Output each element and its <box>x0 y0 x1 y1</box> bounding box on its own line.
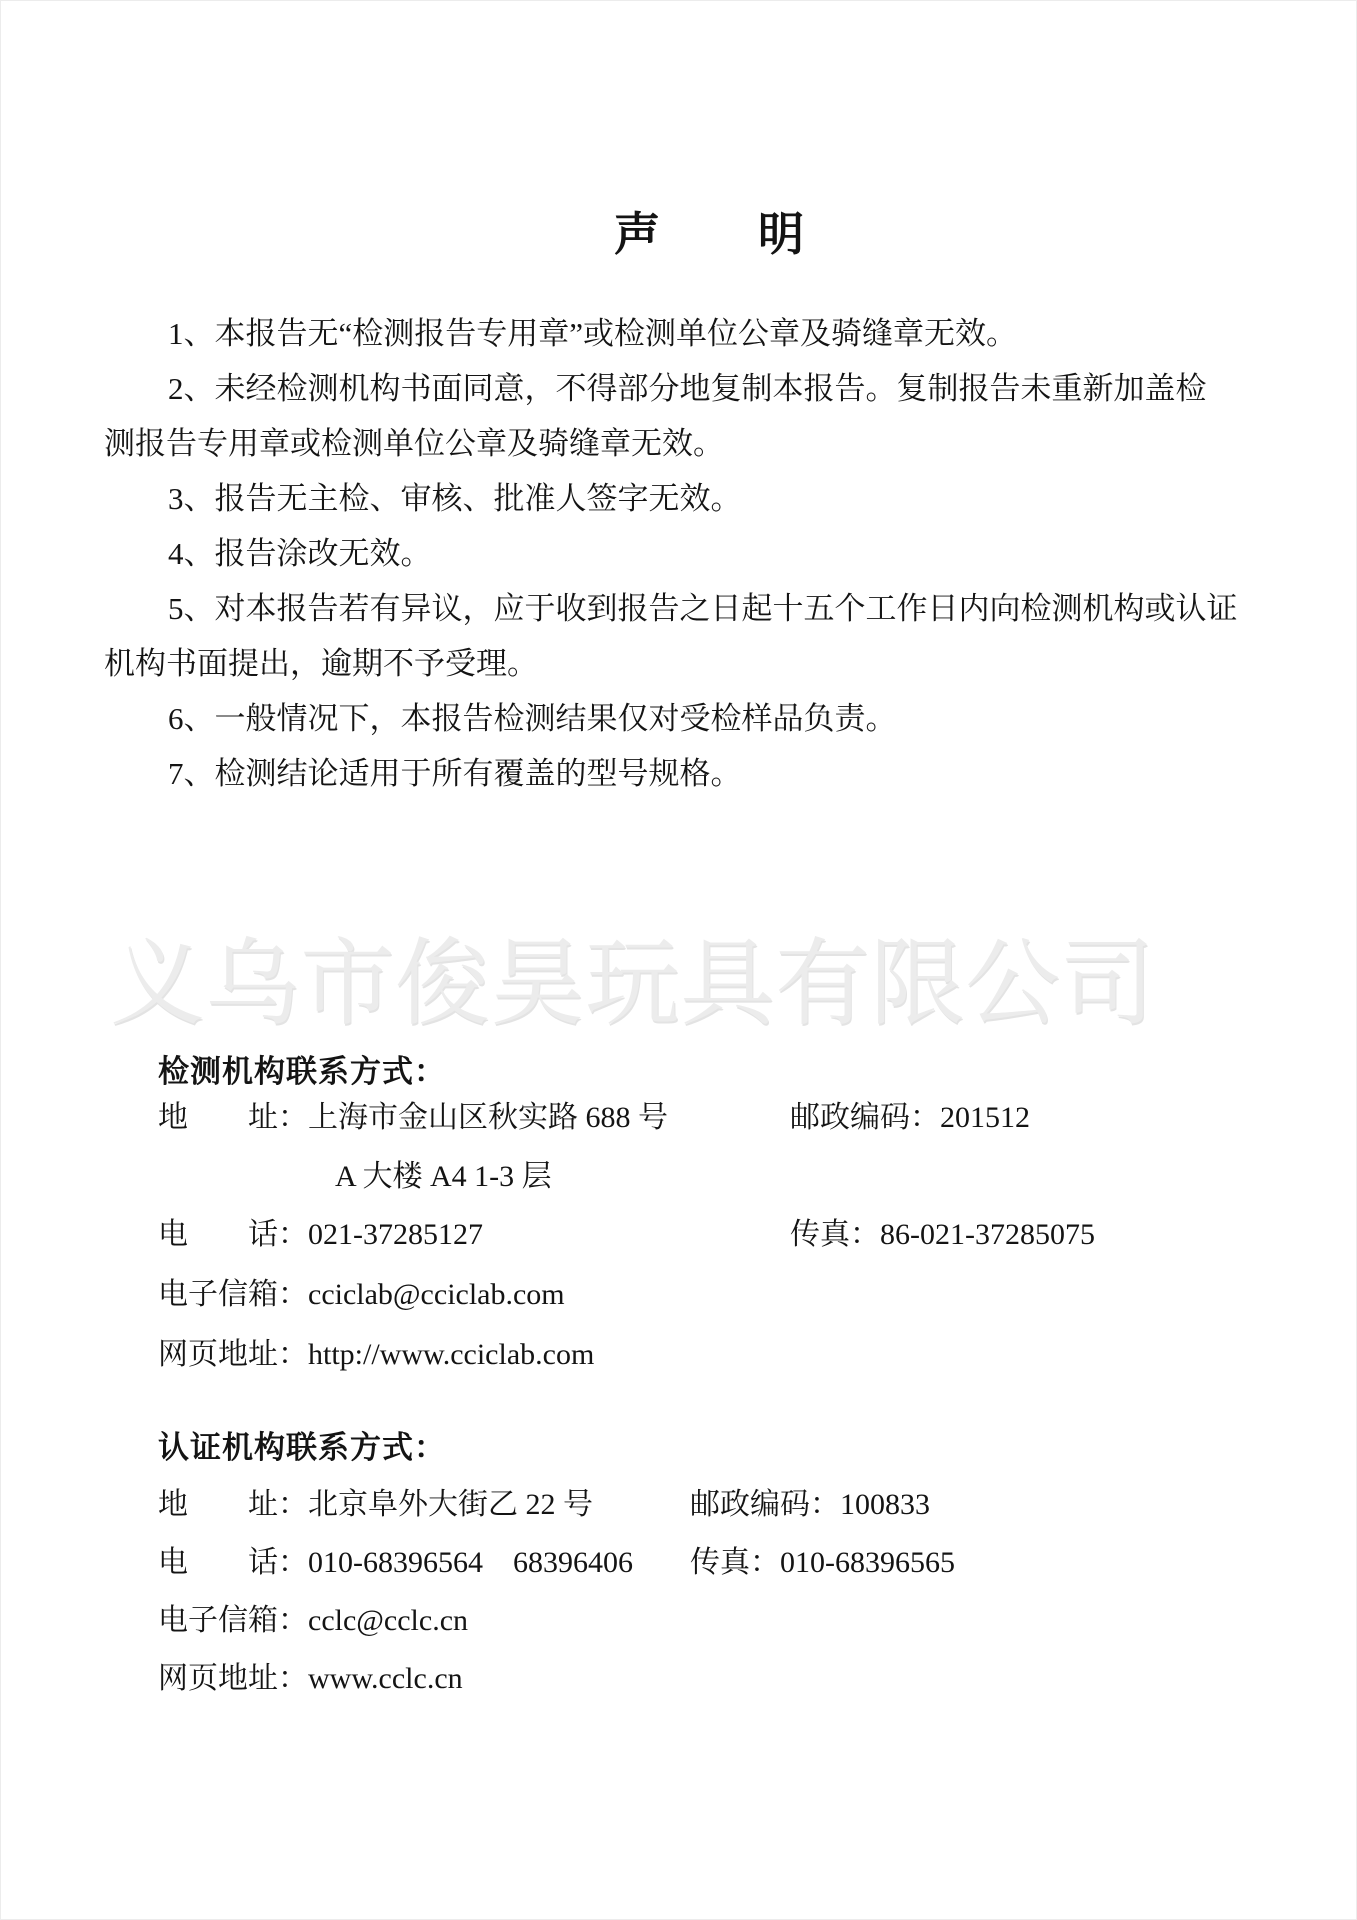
contact-row-text: 网页地址：http://www.cciclab.com <box>158 1336 594 1374</box>
contact-row-text: 地 址：上海市金山区秋实路 688 号 <box>158 1099 668 1137</box>
statement-line: 4、报告涂改无效。 <box>104 526 1284 581</box>
contact-row-text: A 大楼 A4 1-3 层 <box>335 1158 552 1196</box>
contact-section-heading: 认证机构联系方式： <box>158 1422 446 1467</box>
page-title: 声 明 <box>60 198 1357 264</box>
contact-row-text: 传真：86-021-37285075 <box>790 1216 1095 1254</box>
statement-line: 2、未经检测机构书面同意，不得部分地复制本报告。复制报告未重新加盖检 <box>104 361 1284 416</box>
contact-row-text: 电 话：021-37285127 <box>158 1216 483 1254</box>
statements-list: 1、本报告无“检测报告专用章”或检测单位公章及骑缝章无效。2、未经检测机构书面同… <box>104 306 1284 801</box>
contact-row-text: 传真：010-68396565 <box>690 1544 955 1582</box>
contact-row-text: 地 址：北京阜外大街乙 22 号 <box>158 1486 593 1524</box>
contact-section-heading: 检测机构联系方式： <box>158 1046 446 1091</box>
statement-line: 机构书面提出，逾期不予受理。 <box>104 636 1284 691</box>
contact-row-text: 电 话：010-68396564 68396406 <box>158 1544 633 1582</box>
statement-line: 5、对本报告若有异议，应于收到报告之日起十五个工作日内向检测机构或认证 <box>104 581 1284 636</box>
declaration-page: 声 明 义乌市俊昊玩具有限公司 1、本报告无“检测报告专用章”或检测单位公章及骑… <box>0 0 1357 1920</box>
contact-row-text: 邮政编码：100833 <box>690 1486 930 1524</box>
contact-row-text: 邮政编码：201512 <box>790 1099 1030 1137</box>
statement-line: 3、报告无主检、审核、批准人签字无效。 <box>104 471 1284 526</box>
statement-line: 6、一般情况下，本报告检测结果仅对受检样品负责。 <box>104 691 1284 746</box>
statement-line: 测报告专用章或检测单位公章及骑缝章无效。 <box>104 416 1284 471</box>
statement-line: 1、本报告无“检测报告专用章”或检测单位公章及骑缝章无效。 <box>104 306 1284 361</box>
statement-line: 7、检测结论适用于所有覆盖的型号规格。 <box>104 746 1284 801</box>
contact-row-text: 电子信箱：cciclab@cciclab.com <box>158 1276 565 1314</box>
company-watermark: 义乌市俊昊玩具有限公司 <box>110 932 1155 1037</box>
contact-row-text: 网页地址：www.cclc.cn <box>158 1660 463 1698</box>
contact-row-text: 电子信箱：cclc@cclc.cn <box>158 1602 468 1640</box>
